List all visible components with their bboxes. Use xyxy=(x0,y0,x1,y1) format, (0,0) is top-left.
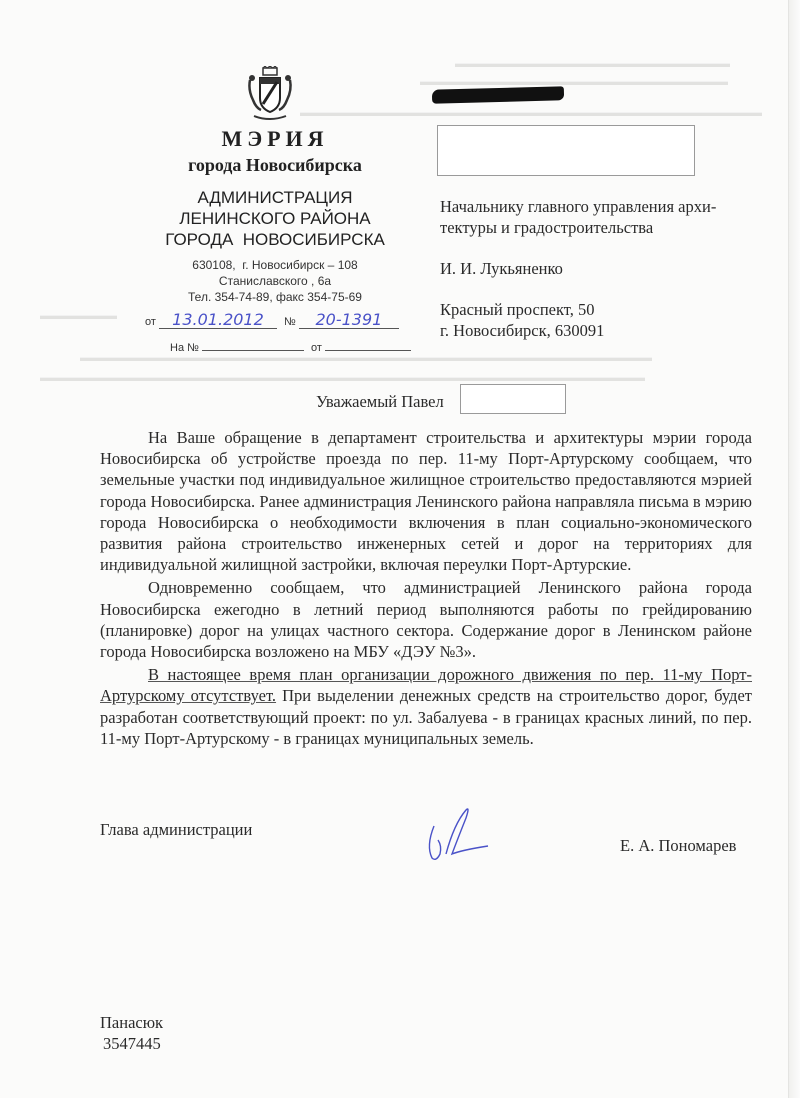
address-line: Станиславского , 6а xyxy=(150,273,400,289)
body-paragraph: Одновременно сообщаем, что администрацие… xyxy=(100,577,752,662)
coat-of-arms-icon xyxy=(246,66,294,122)
addressee-street: Красный проспект, 50 xyxy=(440,299,770,320)
signatory-role: Глава администрации xyxy=(100,820,252,840)
reference-row: На № от xyxy=(170,340,411,354)
outgoing-number: 20-1391 xyxy=(299,312,399,329)
salutation: Уважаемый Павел xyxy=(316,392,444,412)
number-label: № xyxy=(284,316,296,328)
signatory-name: Е. А. Пономарев xyxy=(620,836,736,856)
address-line: Тел. 354-74-89, факс 354-75-69 xyxy=(150,289,400,305)
administration-name: АДМИНИСТРАЦИЯ ЛЕНИНСКОГО РАЙОНА ГОРОДА Н… xyxy=(130,187,420,250)
addressee-position-cont: тектуры и градостроительства xyxy=(440,217,770,238)
admin-line: ЛЕНИНСКОГО РАЙОНА xyxy=(130,208,420,229)
registration-row: от 13.01.2012 № 20-1391 xyxy=(145,312,399,329)
sender-address: 630108, г. Новосибирск – 108 Станиславск… xyxy=(150,257,400,305)
letter-body: На Ваше обращение в департамент строител… xyxy=(100,427,752,749)
date-label: от xyxy=(145,316,156,328)
executor-name: Панасюк xyxy=(100,1012,163,1033)
address-line: 630108, г. Новосибирск – 108 xyxy=(150,257,400,273)
addressee-block: Начальнику главного управления архи- тек… xyxy=(440,196,770,341)
body-paragraph: На Ваше обращение в департамент строител… xyxy=(100,427,752,575)
ref-date-label: от xyxy=(311,342,322,354)
mayor-office-title: МЭРИЯ xyxy=(140,126,410,152)
addressee-name: И. И. Лукьяненко xyxy=(440,258,770,279)
ref-number-label: На № xyxy=(170,342,199,354)
addressee-position: Начальнику главного управления архи- xyxy=(440,196,770,217)
mayor-office-subtitle: города Новосибирска xyxy=(140,155,410,176)
ref-date-blank xyxy=(325,340,411,351)
redaction-scribble xyxy=(432,86,564,103)
redaction-box-recipient xyxy=(437,125,695,176)
page-edge xyxy=(788,0,800,1098)
handwritten-signature-icon xyxy=(424,806,494,866)
executor-info: Панасюк 3547445 xyxy=(100,1012,163,1054)
ref-number-blank xyxy=(202,340,304,351)
admin-line: ГОРОДА НОВОСИБИРСКА xyxy=(130,229,420,250)
body-paragraph: В настоящее время план организации дорож… xyxy=(100,664,752,749)
admin-line: АДМИНИСТРАЦИЯ xyxy=(130,187,420,208)
redaction-box-surname xyxy=(460,384,566,414)
addressee-city: г. Новосибирск, 630091 xyxy=(440,320,770,341)
outgoing-date: 13.01.2012 xyxy=(159,312,277,329)
executor-phone: 3547445 xyxy=(100,1033,163,1054)
